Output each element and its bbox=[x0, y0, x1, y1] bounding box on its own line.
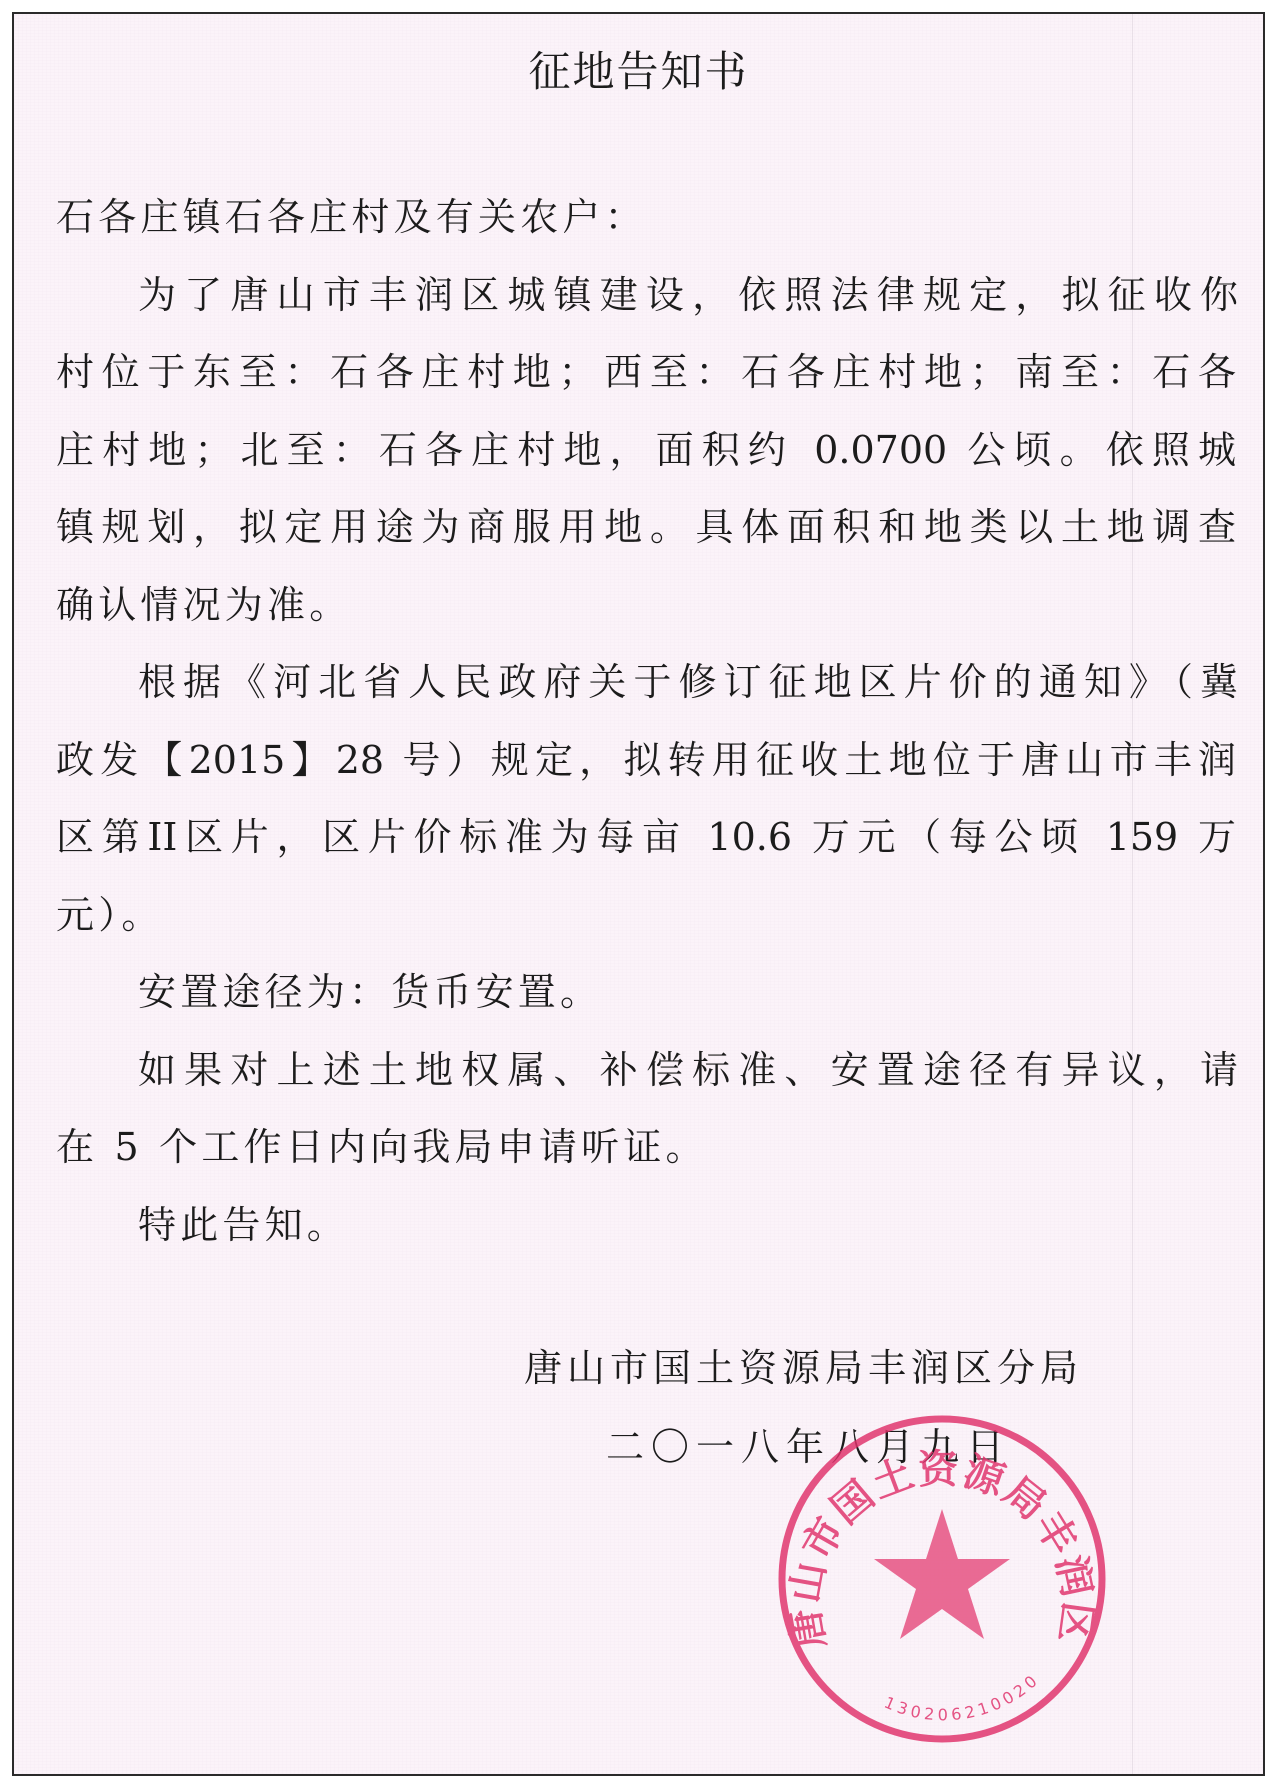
paragraph-2-line-4: 元）。 bbox=[56, 890, 1236, 940]
paragraph-2-line-1: 根据《河北省人民政府关于修订征地区片价的通知》（冀 bbox=[138, 657, 1238, 707]
paragraph-1-line-5: 确认情况为准。 bbox=[56, 580, 1236, 630]
document-page: 征地告知书 石各庄镇石各庄村及有关农户： 为了唐山市丰润区城镇建设，依照法律规定… bbox=[12, 12, 1265, 1776]
document-title: 征地告知书 bbox=[14, 44, 1263, 100]
salutation: 石各庄镇石各庄村及有关农户： bbox=[56, 192, 1236, 242]
paragraph-2-line-2: 政发【2015】28 号）规定，拟转用征收土地位于唐山市丰润 bbox=[56, 735, 1236, 785]
paragraph-1-line-3: 庄村地；北至：石各庄村地，面积约 0.0700 公顷。依照城 bbox=[56, 425, 1236, 475]
paragraph-4-line-1: 如果对上述土地权属、补偿标准、安置途径有异议，请 bbox=[138, 1045, 1238, 1095]
issue-date: 二〇一八年八月九日 bbox=[606, 1422, 1011, 1472]
paragraph-1-line-4: 镇规划，拟定用途为商服用地。具体面积和地类以土地调查 bbox=[56, 502, 1236, 552]
paragraph-4-line-2: 在 5 个工作日内向我局申请听证。 bbox=[56, 1122, 1236, 1172]
paragraph-2-line-3: 区第II区片，区片价标准为每亩 10.6 万元（每公顷 159 万 bbox=[56, 812, 1236, 862]
paragraph-1-line-1: 为了唐山市丰润区城镇建设，依照法律规定，拟征收你 bbox=[138, 270, 1238, 320]
paragraph-3-line-1: 安置途径为：货币安置。 bbox=[138, 967, 1238, 1017]
star-icon bbox=[874, 1509, 1010, 1639]
closing-line: 特此告知。 bbox=[138, 1200, 1238, 1250]
paragraph-1-line-2: 村位于东至：石各庄村地；西至：石各庄村地；南至：石各 bbox=[56, 347, 1236, 397]
issuer-name: 唐山市国土资源局丰润区分局 bbox=[524, 1343, 1083, 1393]
